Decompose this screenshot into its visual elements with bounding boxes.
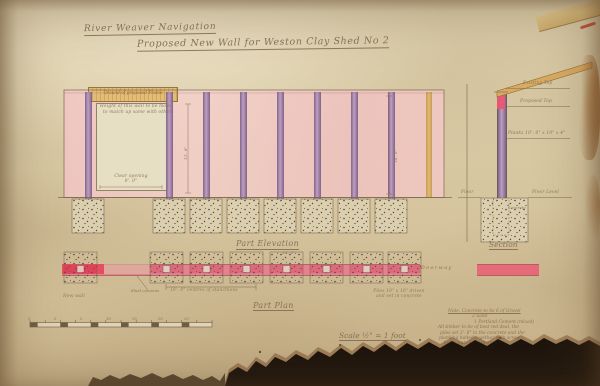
paper-damage — [0, 0, 600, 386]
edge-stain — [583, 175, 600, 245]
scanned-drawing-sheet: Ground of proposed Frame — [0, 0, 600, 386]
edge-stain — [578, 55, 600, 160]
bottom-tear-left — [88, 373, 225, 386]
